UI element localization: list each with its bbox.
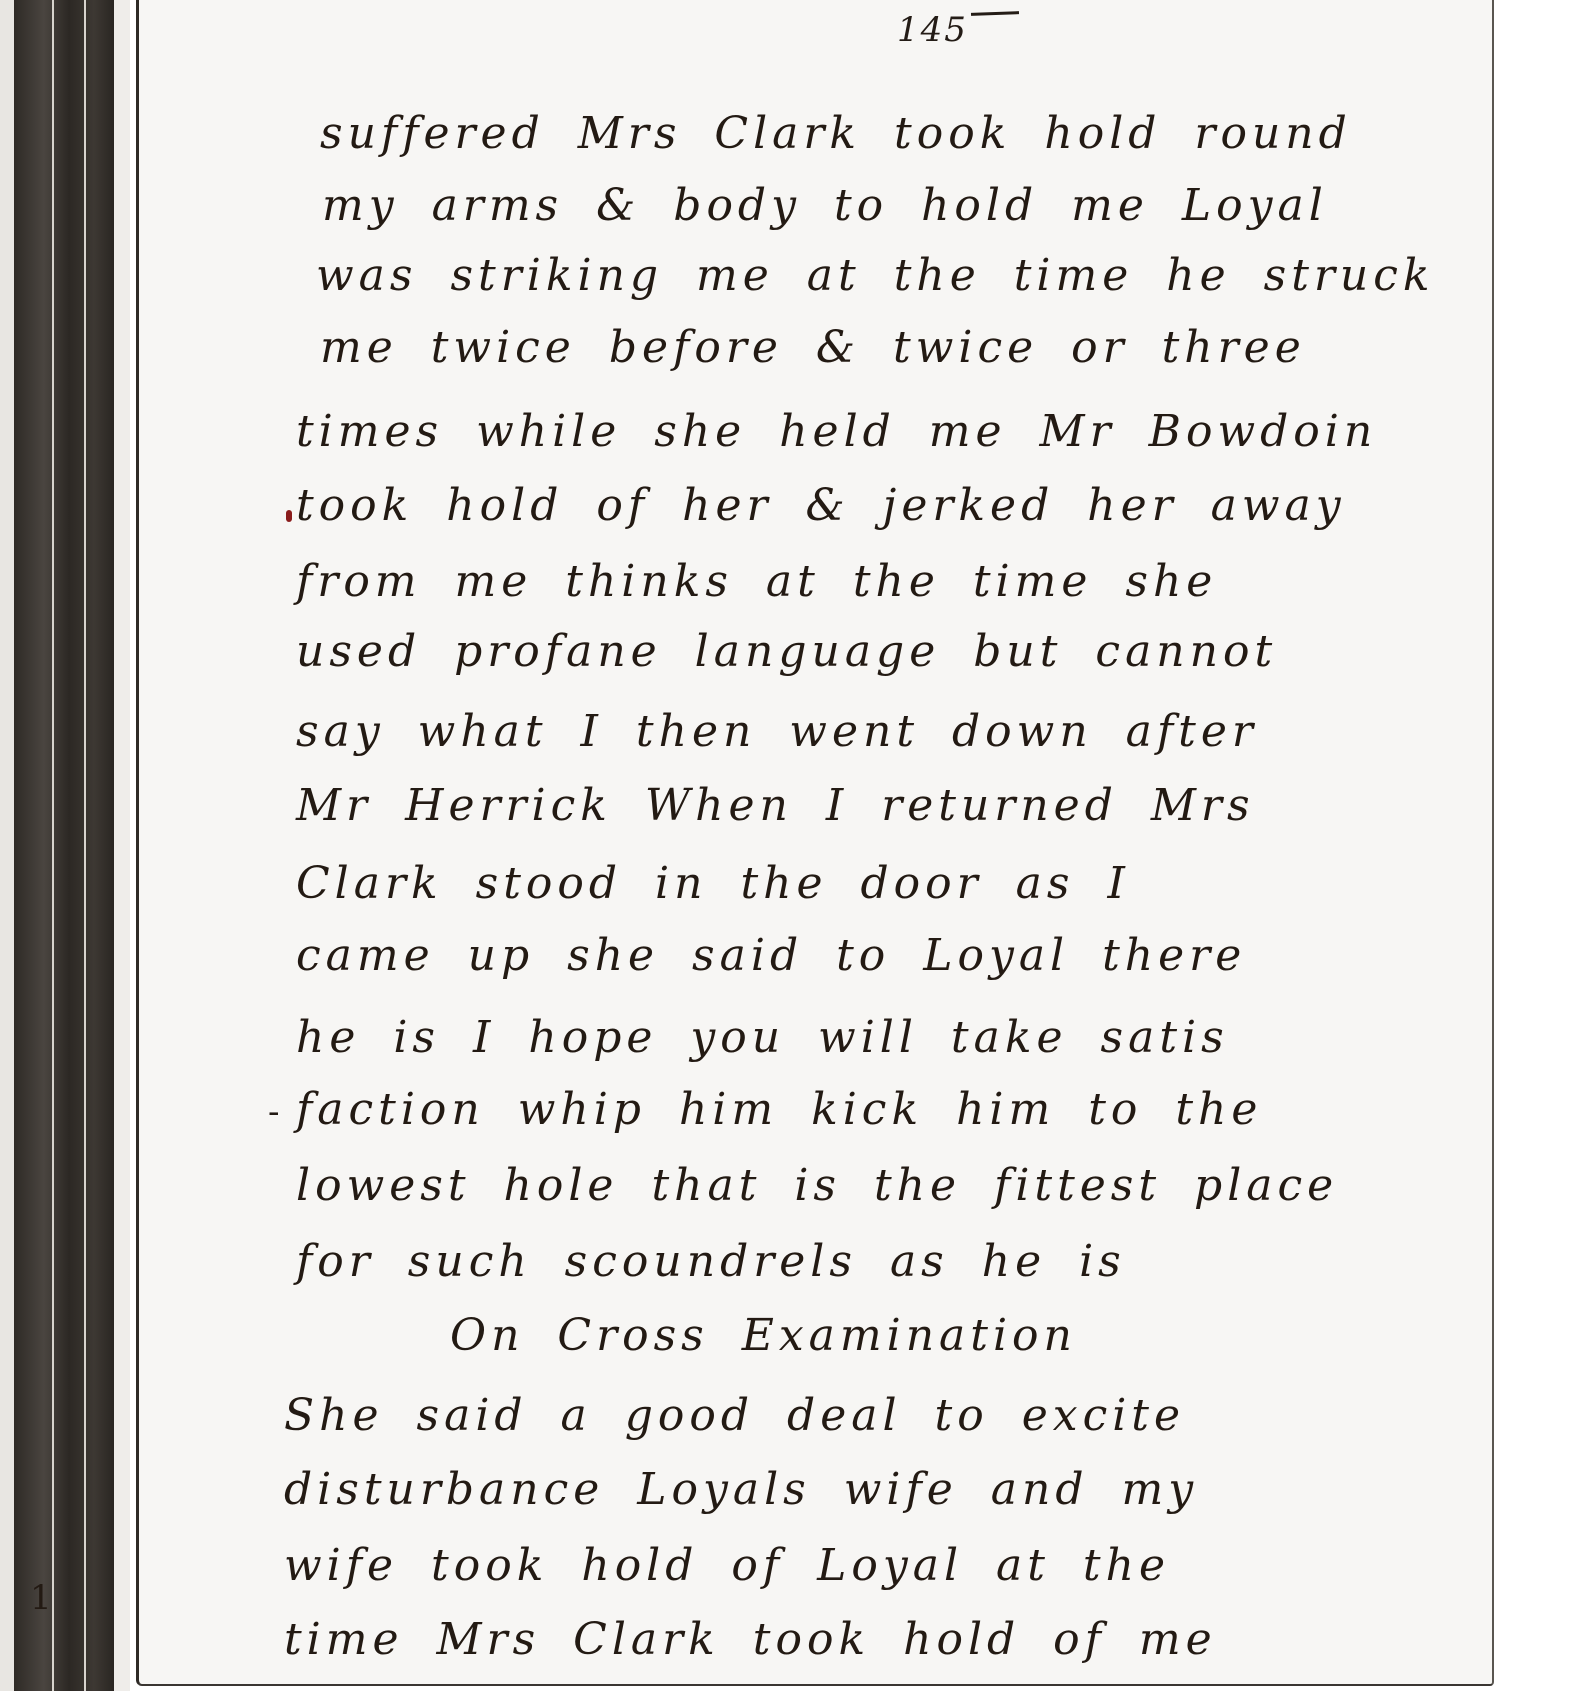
text-line: took hold of her & jerked her away bbox=[296, 480, 1346, 531]
margin-mark: 1 bbox=[30, 1578, 52, 1618]
handwritten-text-body: suffered Mrs Clark took hold roundmy arm… bbox=[0, 0, 1591, 1691]
text-line: came up she said to Loyal there bbox=[296, 930, 1246, 981]
text-line: faction whip him kick him to the bbox=[296, 1084, 1262, 1135]
section-heading: On Cross Examination bbox=[450, 1310, 1077, 1361]
text-line: She said a good deal to excite bbox=[284, 1390, 1185, 1441]
text-line: Clark stood in the door as I bbox=[296, 858, 1130, 909]
text-line: say what I then went down after bbox=[296, 706, 1258, 757]
text-line: lowest hole that is the fittest place bbox=[296, 1160, 1338, 1211]
text-line: time Mrs Clark took hold of me bbox=[284, 1614, 1217, 1665]
text-line: wife took hold of Loyal at the bbox=[284, 1540, 1170, 1591]
text-line: used profane language but cannot bbox=[296, 626, 1277, 677]
text-line: was striking me at the time he struck bbox=[316, 250, 1435, 301]
text-line: disturbance Loyals wife and my bbox=[284, 1464, 1198, 1515]
text-line: Mr Herrick When I returned Mrs bbox=[296, 780, 1255, 831]
text-line: times while she held me Mr Bowdoin bbox=[296, 406, 1377, 457]
text-line: he is I hope you will take satis bbox=[296, 1012, 1229, 1063]
text-line: from me thinks at the time she bbox=[296, 556, 1217, 607]
text-line: my arms & body to hold me Loyal bbox=[322, 180, 1328, 231]
margin-mark: - bbox=[268, 1092, 280, 1132]
text-line: for such scoundrels as he is bbox=[296, 1236, 1126, 1287]
text-line: me twice before & twice or three bbox=[320, 322, 1306, 373]
text-line: suffered Mrs Clark took hold round bbox=[320, 108, 1352, 159]
